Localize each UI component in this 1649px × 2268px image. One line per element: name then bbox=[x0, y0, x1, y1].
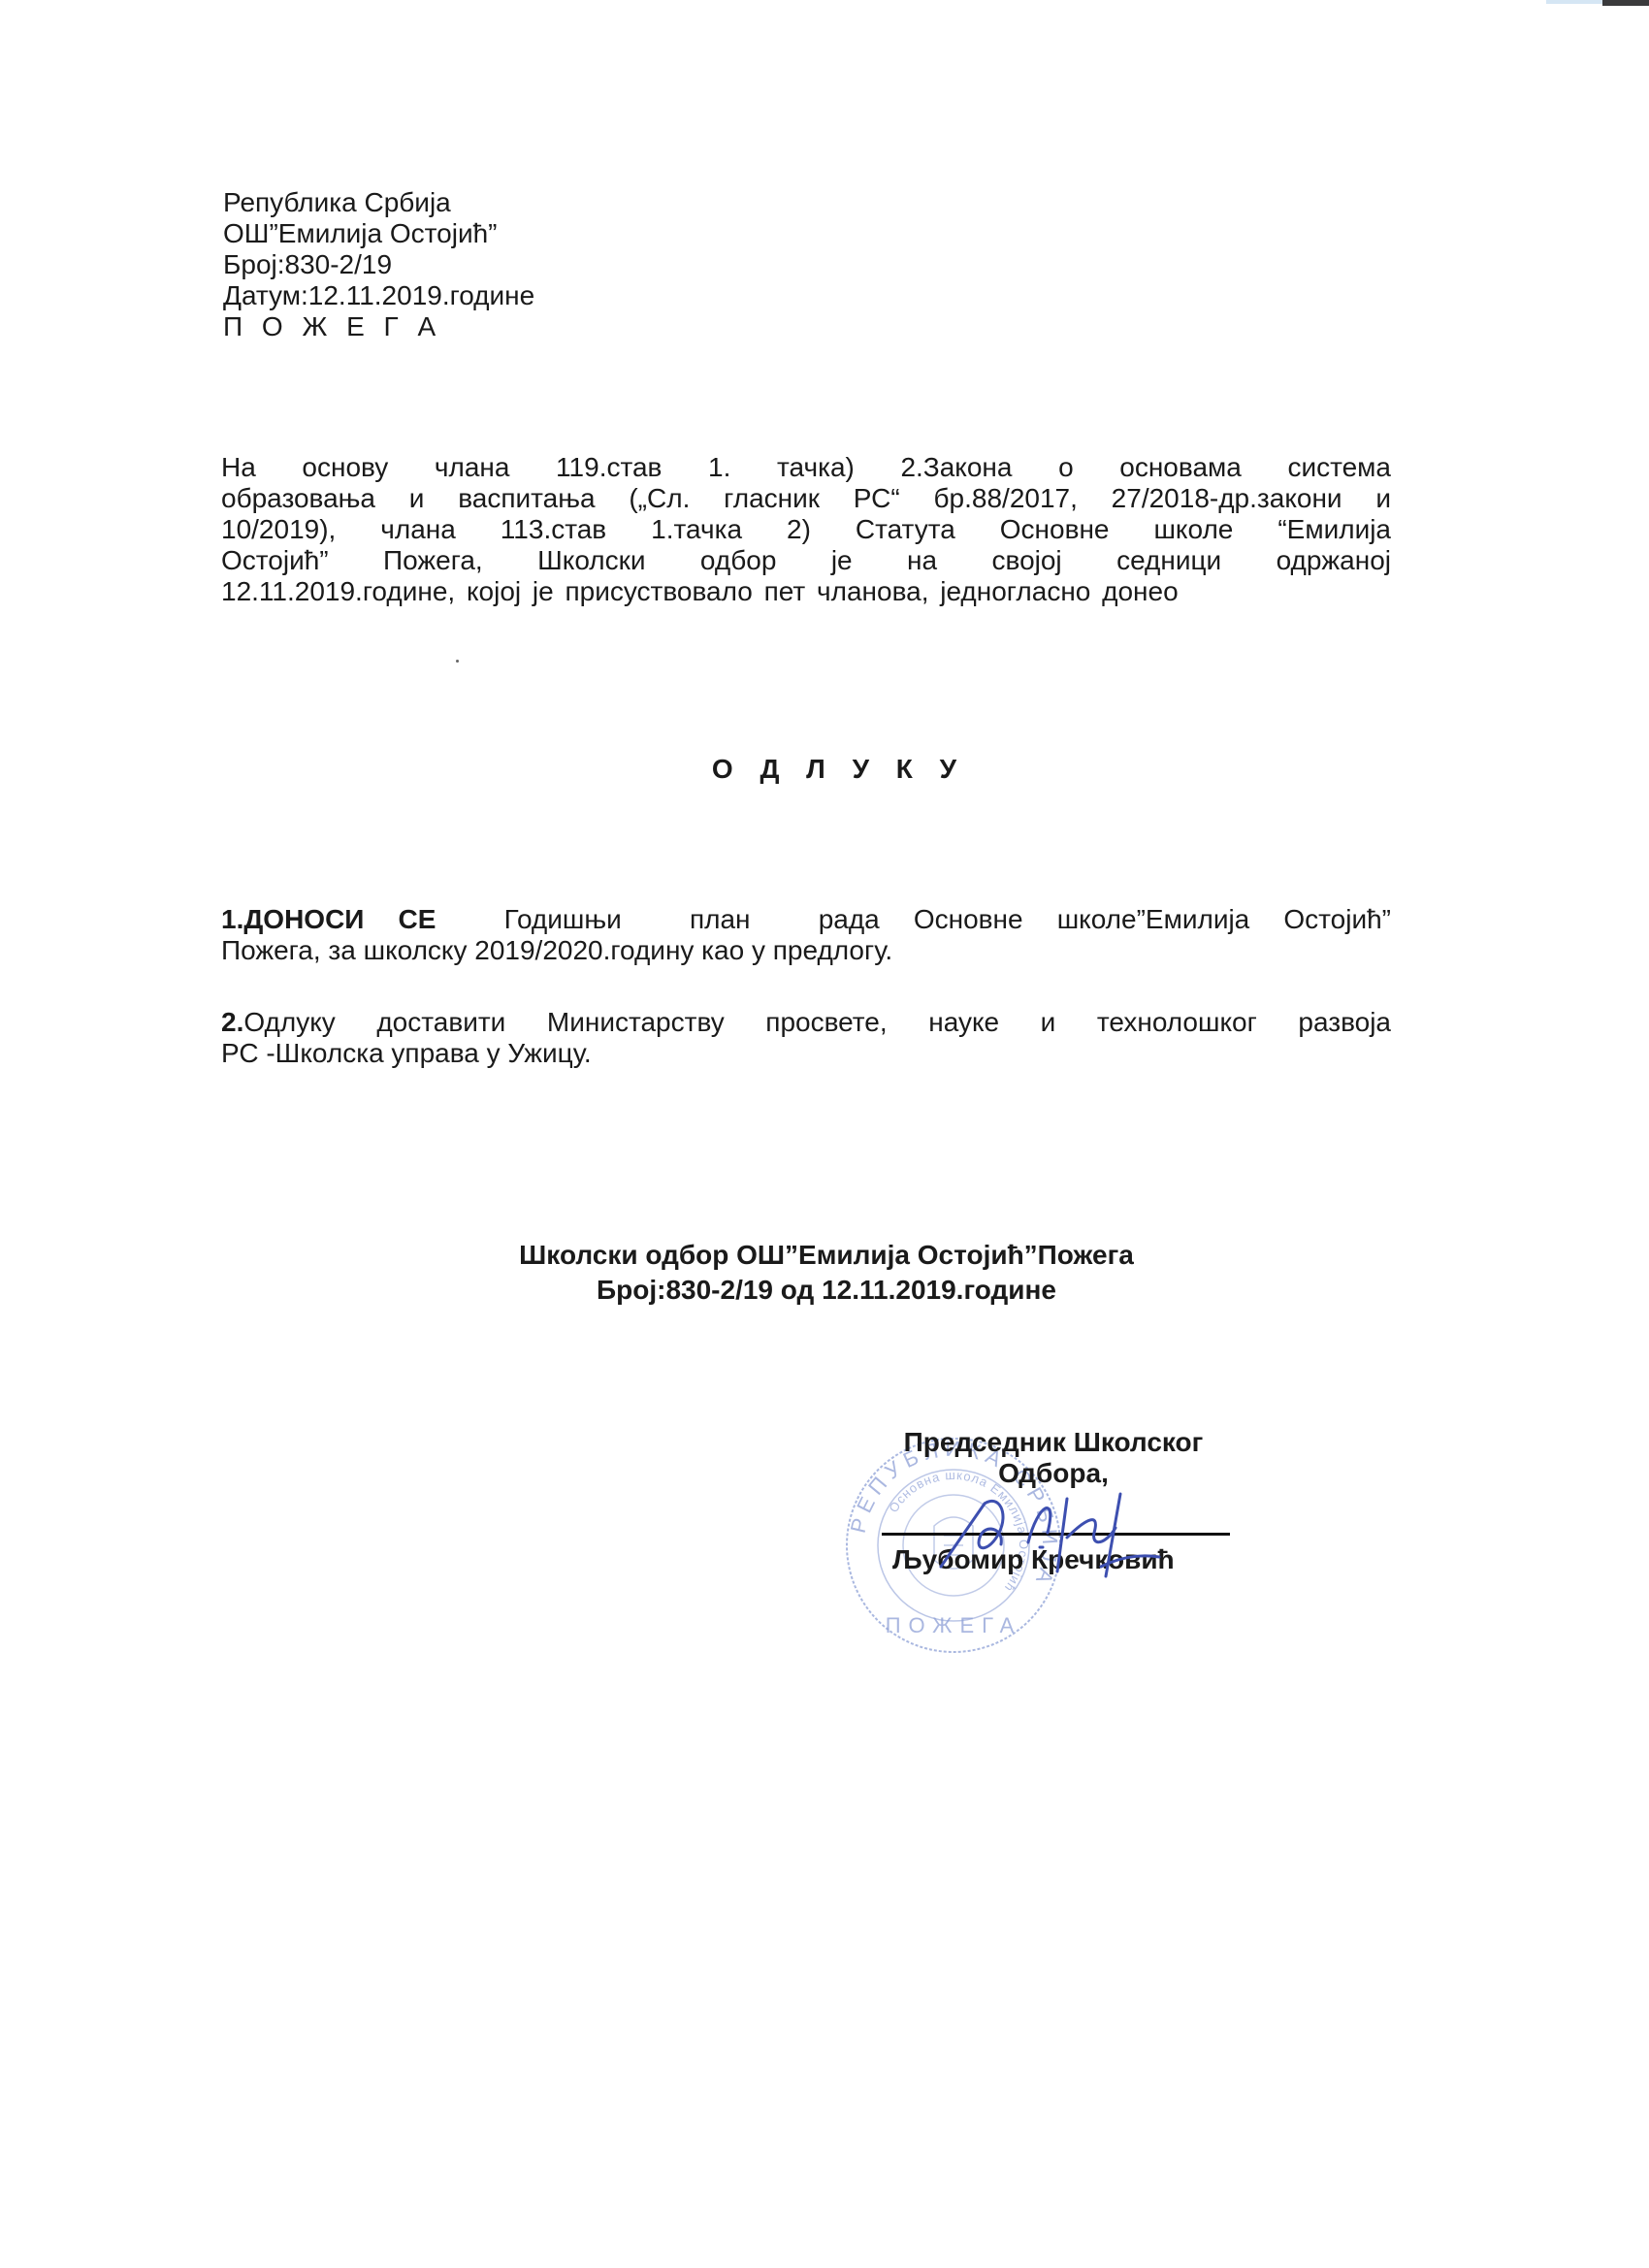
header-school: ОШ”Емилија Остојић” bbox=[223, 218, 534, 249]
legal-basis-paragraph: На основу члана 119.став 1. тачка) 2.Зак… bbox=[221, 452, 1391, 607]
decision-title: О Д Л У К У bbox=[0, 754, 1649, 785]
header-date: Датум:12.11.2019.године bbox=[223, 280, 534, 311]
item-line: РС -Школска управа у Ужицу. bbox=[221, 1038, 1391, 1069]
scan-edge-artifact bbox=[1602, 0, 1649, 6]
scan-edge-artifact-light bbox=[1546, 0, 1602, 4]
item-text: Одлуку доставити Министарству просвете, … bbox=[243, 1007, 1391, 1037]
signature-title: Председник Школског Одбора, bbox=[869, 1427, 1238, 1489]
item-text: Годишњи план рада Основне школе”Емилија … bbox=[436, 904, 1391, 934]
board-name: Школски одбор ОШ”Емилија Остојић”Пожега bbox=[4, 1238, 1649, 1273]
intro-line: Остојић” Пожега, Школски одбор је на сво… bbox=[221, 545, 1391, 576]
header-country: Република Србија bbox=[223, 187, 534, 218]
item-number: 1. bbox=[221, 904, 243, 934]
item-line: 2.Одлуку доставити Министарству просвете… bbox=[221, 1007, 1391, 1038]
decision-items: 1.ДОНОСИ СЕ Годишњи план рада Основне шк… bbox=[221, 904, 1391, 1110]
signature-title-line2: Одбора, bbox=[869, 1458, 1238, 1489]
board-reference: Школски одбор ОШ”Емилија Остојић”Пожега … bbox=[0, 1238, 1649, 1308]
stamp-bottom-text: ПОЖЕГА bbox=[886, 1613, 1022, 1637]
decision-item-1: 1.ДОНОСИ СЕ Годишњи план рада Основне шк… bbox=[221, 904, 1391, 966]
intro-line: На основу члана 119.став 1. тачка) 2.Зак… bbox=[221, 452, 1391, 483]
decision-item-2: 2.Одлуку доставити Министарству просвете… bbox=[221, 1007, 1391, 1069]
intro-line: образовања и васпитања („Сл. гласник РС“… bbox=[221, 483, 1391, 514]
item-bold-lead: ДОНОСИ СЕ bbox=[243, 904, 436, 934]
signature-title-line1: Председник Школског bbox=[869, 1427, 1238, 1458]
header-number: Број:830-2/19 bbox=[223, 249, 534, 280]
item-line: Пожега, за школску 2019/2020.годину као … bbox=[221, 935, 1391, 966]
document-header: Република Србија ОШ”Емилија Остојић” Бро… bbox=[223, 187, 534, 342]
signature-line bbox=[882, 1533, 1230, 1536]
intro-line: 10/2019), члана 113.став 1.тачка 2) Стат… bbox=[221, 514, 1391, 545]
board-number: Број:830-2/19 од 12.11.2019.године bbox=[4, 1273, 1649, 1308]
item-number: 2. bbox=[221, 1007, 243, 1037]
header-city: П О Ж Е Г А bbox=[223, 311, 534, 342]
item-line: 1.ДОНОСИ СЕ Годишњи план рада Основне шк… bbox=[221, 904, 1391, 935]
signatory-name: Љубомир Кречковић bbox=[892, 1544, 1175, 1575]
intro-line: 12.11.2019.године, којој је присуствовал… bbox=[221, 576, 1391, 607]
scan-speck bbox=[456, 660, 459, 663]
